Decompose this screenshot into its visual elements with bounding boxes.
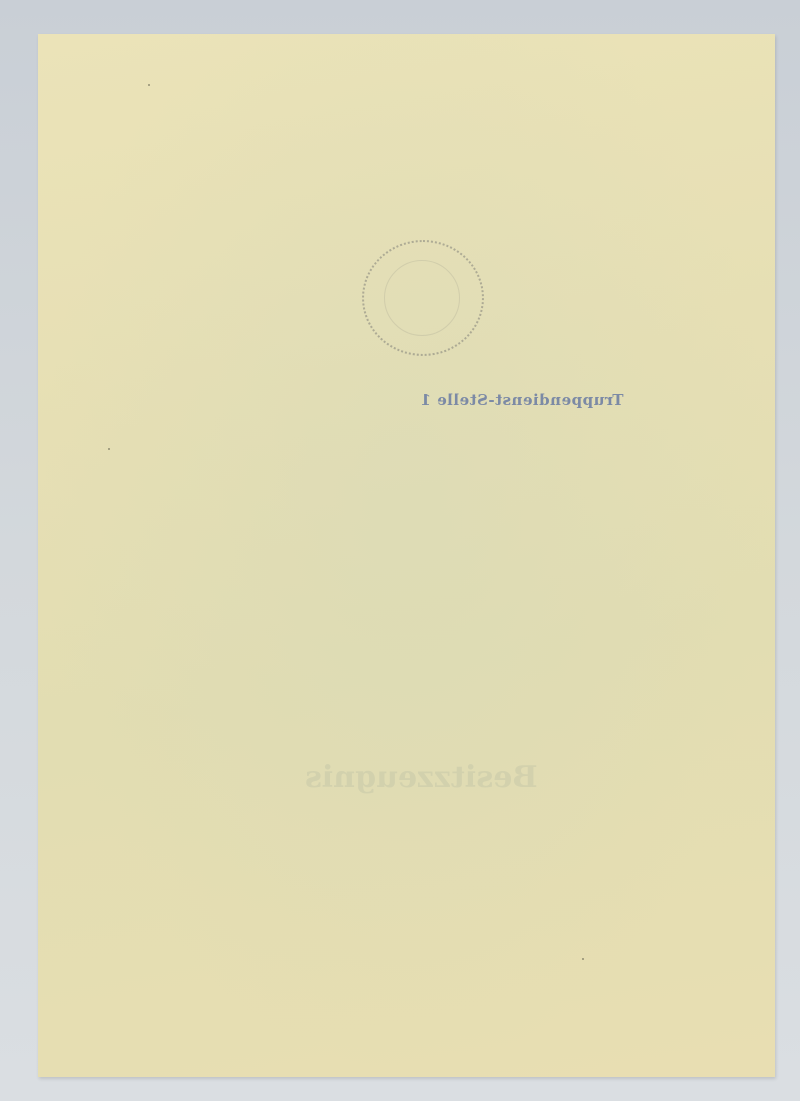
bleed-through-heading: Besitzzeugnis — [305, 760, 538, 795]
paper-speck — [148, 84, 150, 86]
paper-speck — [582, 958, 584, 960]
paper-speck — [108, 448, 110, 450]
paper-sheet — [38, 34, 775, 1077]
mirrored-stamp-line: Truppendienst-Stelle 1 — [420, 391, 623, 409]
circular-seal-stamp — [362, 240, 484, 356]
seal-emblem-icon — [384, 260, 460, 336]
